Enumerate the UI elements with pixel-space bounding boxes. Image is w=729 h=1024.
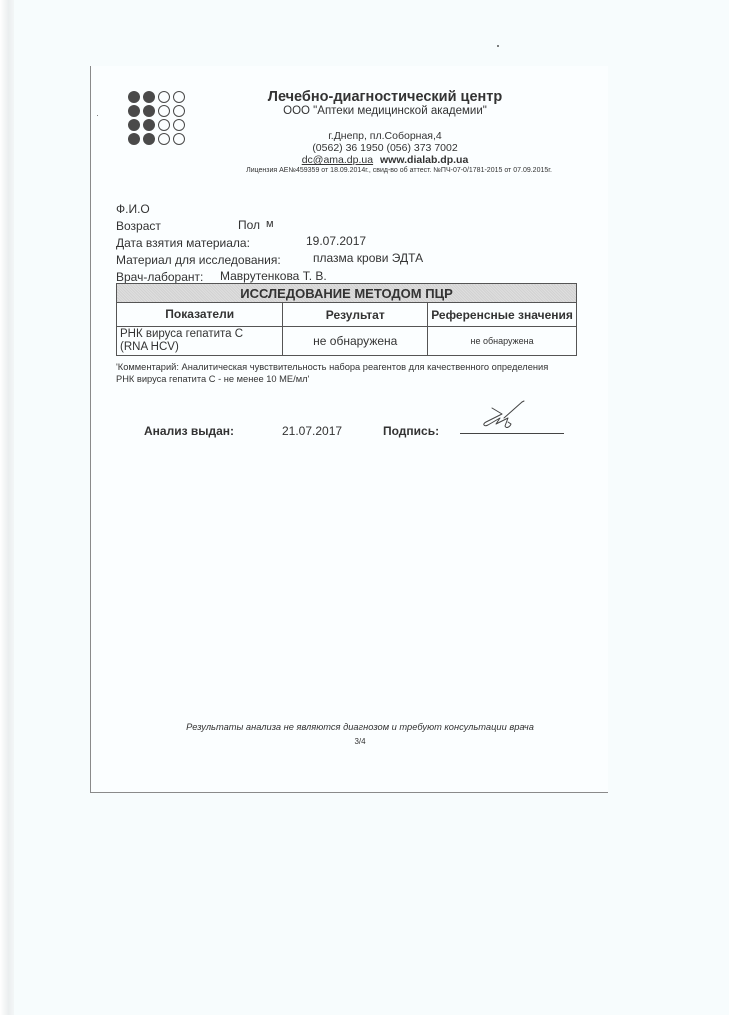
empty-dot-icon (173, 105, 185, 117)
page-number: 3/4 (330, 737, 390, 746)
reference-cell: не обнаружена (428, 327, 577, 356)
signature-line (460, 433, 564, 434)
filled-dot-icon (143, 133, 155, 145)
column-header-reference: Референсные значения (428, 303, 577, 327)
email-link[interactable]: dc@ama.dp.ua (302, 154, 373, 166)
signature-label: Подпись: (383, 424, 439, 438)
pcr-results-table: ИССЛЕДОВАНИЕ МЕТОДОМ ПЦР Показатели Резу… (116, 283, 577, 356)
filled-dot-icon (128, 105, 140, 117)
website-link[interactable]: www.dialab.dp.ua (380, 154, 468, 166)
comment-line: 'Комментарий: Аналитическая чувствительн… (116, 361, 586, 373)
comment-block: 'Комментарий: Аналитическая чувствительн… (116, 361, 586, 385)
empty-dot-icon (158, 119, 170, 131)
clinic-logo-icon (128, 91, 188, 147)
issued-label: Анализ выдан: (144, 424, 234, 438)
column-header-result: Результат (283, 303, 428, 327)
material-label: Материал для исследования: (116, 253, 281, 267)
scan-speck (497, 45, 499, 47)
clinic-title: Лечебно-диагностический центр (200, 89, 570, 105)
fio-label: Ф.И.О (116, 202, 150, 216)
empty-dot-icon (158, 105, 170, 117)
scan-edge (0, 0, 14, 1024)
doctor-label: Врач-лаборант: (116, 270, 203, 284)
comment-line: РНК вируса гепатита С - не менее 10 МЕ/м… (116, 373, 586, 385)
indicator-code: (RNA HCV) (120, 341, 279, 354)
table-title: ИССЛЕДОВАНИЕ МЕТОДОМ ПЦР (117, 284, 577, 303)
filled-dot-icon (128, 91, 140, 103)
issued-date: 21.07.2017 (282, 424, 342, 438)
empty-dot-icon (158, 133, 170, 145)
doctor-value: Маврутенкова Т. В. (220, 269, 327, 283)
filled-dot-icon (143, 105, 155, 117)
filled-dot-icon (143, 119, 155, 131)
empty-dot-icon (158, 91, 170, 103)
sex-label: Пол (238, 218, 260, 232)
table-row: РНК вируса гепатита С (RNA HCV) не обнар… (117, 327, 577, 356)
license-info: Лицензия АЕ№459359 от 18.09.2014г., свид… (224, 166, 574, 175)
scan-edge-bottom (0, 1015, 729, 1024)
indicator-name: РНК вируса гепатита С (120, 328, 279, 341)
sample-date-label: Дата взятия материала: (116, 236, 250, 250)
sex-value: м (266, 218, 274, 230)
organization-name: ООО "Аптеки медицинской академии" (200, 105, 570, 117)
empty-dot-icon (173, 119, 185, 131)
scan-speck (97, 115, 98, 116)
empty-dot-icon (173, 91, 185, 103)
filled-dot-icon (128, 133, 140, 145)
empty-dot-icon (173, 133, 185, 145)
result-cell: не обнаружена (283, 327, 428, 356)
clinic-phones: (0562) 36 1950 (056) 373 7002 (200, 142, 570, 154)
column-header-indicator: Показатели (117, 303, 283, 327)
signature-icon (478, 396, 538, 432)
disclaimer: Результаты анализа не являются диагнозом… (160, 722, 560, 732)
age-label: Возраст (116, 219, 161, 233)
clinic-address: г.Днепр, пл.Соборная,4 (200, 130, 570, 142)
material-value: плазма крови ЭДТА (313, 251, 423, 265)
clinic-contacts: dc@ama.dp.ua www.dialab.dp.ua (200, 154, 570, 166)
filled-dot-icon (128, 119, 140, 131)
indicator-cell: РНК вируса гепатита С (RNA HCV) (117, 327, 283, 356)
sample-date-value: 19.07.2017 (306, 234, 366, 248)
filled-dot-icon (143, 91, 155, 103)
